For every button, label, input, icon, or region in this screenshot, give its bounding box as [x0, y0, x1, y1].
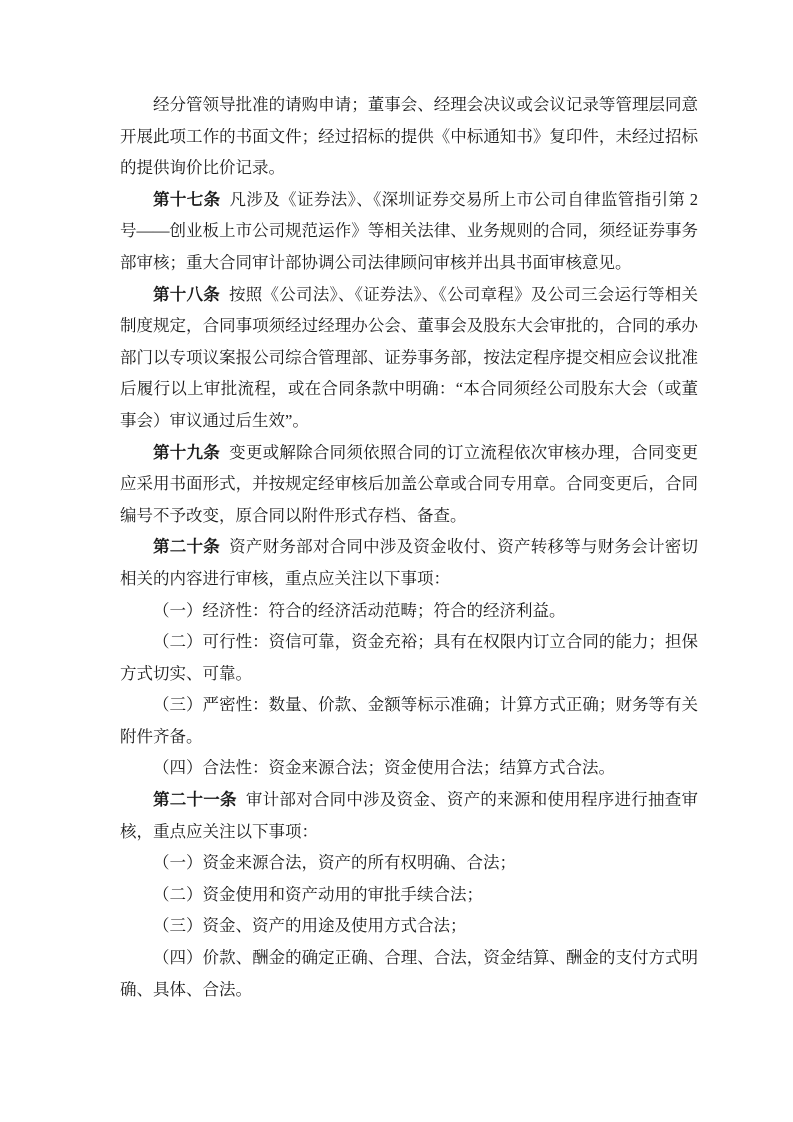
article-17-number: 第十七条: [153, 190, 220, 209]
article-18-text: 按照《公司法》、《证券法》、《公司章程》及公司三会运行等相关制度规定，合同事项须…: [120, 285, 698, 430]
article-19: 第十九条变更或解除合同须依照合同的订立流程依次审核办理，合同变更应采用书面形式，…: [120, 437, 698, 532]
list-item-text: （三）资金、资产的用途及使用方式合法；: [153, 916, 467, 935]
article-21-item-1: （一）资金来源合法，资产的所有权明确、合法；: [120, 847, 698, 879]
list-item-text: （二）资金使用和资产动用的审批手续合法；: [153, 885, 483, 904]
article-21-item-4: （四）价款、酬金的确定正确、合理、合法，资金结算、酬金的支付方式明确、具体、合法…: [120, 942, 698, 1005]
paragraph-text: 经分管领导批准的请购申请；董事会、经理会决议或会议记录等管理层同意开展此项工作的…: [120, 95, 698, 177]
list-item-text: （三）严密性：数量、价款、金额等标示准确；计算方式正确；财务等有关附件齐备。: [120, 695, 698, 746]
article-20-item-2: （二）可行性：资信可靠，资金充裕；具有在权限内订立合同的能力；担保方式切实、可靠…: [120, 626, 698, 689]
article-20-item-1: （一）经济性：符合的经济活动范畴；符合的经济利益。: [120, 595, 698, 627]
article-21-item-3: （三）资金、资产的用途及使用方式合法；: [120, 910, 698, 942]
article-18-number: 第十八条: [153, 285, 220, 304]
list-item-text: （一）资金来源合法，资产的所有权明确、合法；: [153, 853, 516, 872]
article-21: 第二十一条审计部对合同中涉及资金、资产的来源和使用程序进行抽查审核，重点应关注以…: [120, 784, 698, 847]
article-20: 第二十条资产财务部对合同中涉及资金收付、资产转移等与财务会计密切相关的内容进行审…: [120, 531, 698, 594]
article-20-item-4: （四）合法性：资金来源合法；资金使用合法；结算方式合法。: [120, 752, 698, 784]
list-item-text: （四）价款、酬金的确定正确、合理、合法，资金结算、酬金的支付方式明确、具体、合法…: [120, 948, 698, 999]
list-item-text: （一）经济性：符合的经济活动范畴；符合的经济利益。: [153, 601, 566, 620]
document-page: 经分管领导批准的请购申请；董事会、经理会决议或会议记录等管理层同意开展此项工作的…: [0, 0, 793, 1122]
article-19-number: 第十九条: [153, 443, 220, 462]
article-20-number: 第二十条: [153, 537, 220, 556]
article-21-number: 第二十一条: [153, 790, 237, 809]
article-21-item-2: （二）资金使用和资产动用的审批手续合法；: [120, 879, 698, 911]
paragraph-procurement-docs: 经分管领导批准的请购申请；董事会、经理会决议或会议记录等管理层同意开展此项工作的…: [120, 89, 698, 184]
article-18: 第十八条按照《公司法》、《证券法》、《公司章程》及公司三会运行等相关制度规定，合…: [120, 279, 698, 437]
list-item-text: （四）合法性：资金来源合法；资金使用合法；结算方式合法。: [153, 758, 615, 777]
list-item-text: （二）可行性：资信可靠，资金充裕；具有在权限内订立合同的能力；担保方式切实、可靠…: [120, 632, 698, 683]
article-20-item-3: （三）严密性：数量、价款、金额等标示准确；计算方式正确；财务等有关附件齐备。: [120, 689, 698, 752]
article-17: 第十七条凡涉及《证券法》、《深圳证券交易所上市公司自律监管指引第 2 号——创业…: [120, 184, 698, 279]
